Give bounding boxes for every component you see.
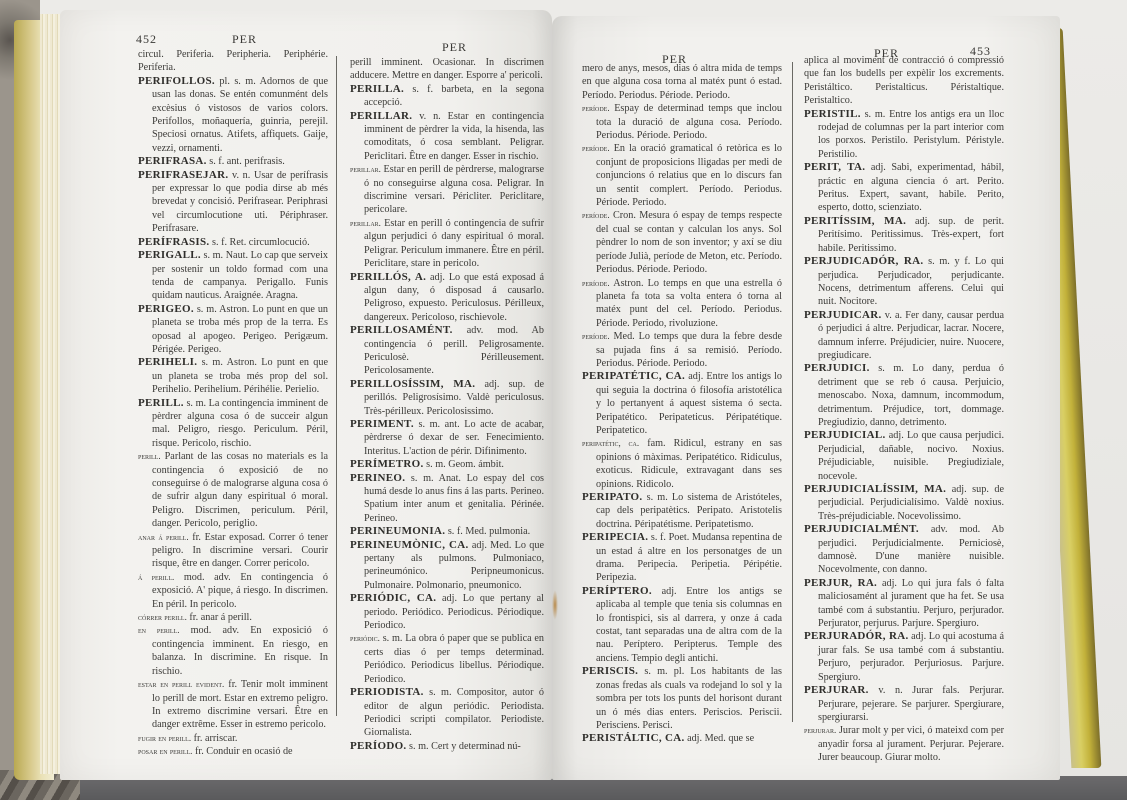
dictionary-entry: PERJURADÓR, RA.adj. Lo qui acostuma á ju… xyxy=(804,630,1004,684)
dictionary-entry: PERINEO.s. m. Anat. Lo espay del cos hum… xyxy=(350,472,544,526)
entry-headword: PERIHELI. xyxy=(138,356,197,368)
entry-subheading: perill. xyxy=(138,451,161,461)
entry-subheading: perillar. xyxy=(350,164,381,174)
dictionary-entry: període.Cron. Mesura ó espay de temps re… xyxy=(582,209,782,276)
entry-definition: s. f. ant. perifrasis. xyxy=(207,156,285,167)
dictionary-entry: PERILLÓS, A.adj. Lo que está exposad á a… xyxy=(350,271,544,325)
entry-headword: PERÍMETRO. xyxy=(350,458,424,470)
entry-headword: PERIÓDIC, CA. xyxy=(350,592,436,604)
entry-headword: PERIGALL. xyxy=(138,249,201,261)
left-page: 452 PER PER circul. Periferia. Peripheri… xyxy=(60,10,552,780)
entry-subheading: estar en perill evident. xyxy=(138,679,224,689)
dictionary-entry: PERIFRASEJAR.v. n. Usar de perífrasis pe… xyxy=(138,169,328,236)
dictionary-entry: PERIPATO.s. m. Lo sistema de Aristóteles… xyxy=(582,491,782,531)
photo-scene: 452 PER PER circul. Periferia. Peripheri… xyxy=(0,0,1127,800)
left-page-column-2: perill imminent. Ocasionar. In discrimen… xyxy=(350,56,544,753)
dictionary-entry: PERJUDICAR.v. a. Fer dany, causar perdua… xyxy=(804,309,1004,363)
entry-subheading: á perill. xyxy=(138,572,174,582)
entry-subheading: en perill. xyxy=(138,625,179,635)
entry-subheading: període. xyxy=(582,103,610,113)
entry-definition: pl. s. m. Adornos de que usan las donas.… xyxy=(152,76,328,154)
entry-headword: PERÍPTERO. xyxy=(582,585,652,597)
dictionary-entry: PERÍPTERO.adj. Entre los antigs se aplic… xyxy=(582,585,782,665)
dictionary-entry: perillar.Estar en perill ó contingencia … xyxy=(350,217,544,271)
entry-definition: adj. Med. que se xyxy=(685,733,755,744)
entry-subheading: període. xyxy=(582,143,610,153)
dictionary-entry: PERJUDICI.s. m. Lo dany, perdua ó detrim… xyxy=(804,362,1004,429)
entry-definition: perill imminent. Ocasionar. In discrimen… xyxy=(350,57,544,81)
dictionary-entry: córrer perill.fr. anar á perill. xyxy=(138,611,328,624)
entry-headword: PERÍODO. xyxy=(350,740,407,752)
entry-subheading: període. xyxy=(582,210,610,220)
entry-headword: PERISCIS. xyxy=(582,665,638,677)
entry-headword: PERJURADÓR, RA. xyxy=(804,630,909,642)
entry-subheading: peripatétic, ca. xyxy=(582,438,639,448)
entry-subheading: posar en perill. xyxy=(138,746,192,756)
entry-definition: mod. adv. En contingencia ó exposició. A… xyxy=(152,572,328,610)
entry-definition: Astron. Lo temps en que una estrella ó p… xyxy=(596,278,782,329)
column-rule xyxy=(336,56,337,716)
dictionary-entry: PERILLAR.v. n. Estar en contingencia imm… xyxy=(350,110,544,164)
dictionary-entry: període.Espay de determinad temps que in… xyxy=(582,102,782,142)
entry-definition: fr. anar á perill. xyxy=(187,612,252,623)
entry-headword: PERIPECIA. xyxy=(582,531,648,543)
dictionary-entry: perillar.Estar en perill de pèrdrerse, m… xyxy=(350,163,544,217)
dictionary-entry: PERIFRASA.s. f. ant. perifrasis. xyxy=(138,155,328,168)
entry-definition: s. m. La obra ó paper que se publica en … xyxy=(364,633,544,684)
entry-headword: PERINEUMÒNIC, CA. xyxy=(350,539,469,551)
dictionary-entry: PERIT, TA.adj. Sabi, experimentad, hábil… xyxy=(804,161,1004,215)
dictionary-entry: perjurar.Jurar molt y per vici, ó mateix… xyxy=(804,724,1004,764)
dictionary-entry: període.Med. Lo temps que dura la febre … xyxy=(582,330,782,370)
entry-definition: s. m. Geom. ámbit. xyxy=(424,459,504,470)
entry-subheading: fugir en perill. xyxy=(138,733,191,743)
dictionary-entry: PERJUDICIAL.adj. Lo que causa perjudici.… xyxy=(804,429,1004,483)
entry-definition: s. f. Med. pulmonia. xyxy=(445,526,530,537)
entry-definition: mod. adv. En exposició ó contingencia im… xyxy=(152,625,328,676)
dictionary-entry: PERIPECIA.s. f. Poet. Mudansa repentina … xyxy=(582,531,782,585)
dictionary-entry: període.En la oració gramatical ó retòri… xyxy=(582,142,782,209)
entry-subheading: córrer perill. xyxy=(138,612,187,622)
entry-definition: Parlant de las cosas no materials es la … xyxy=(152,451,328,529)
entry-definition: circul. Periferia. Peripheria. Periphéri… xyxy=(138,49,328,73)
entry-headword: PERITÍSSIM, MA. xyxy=(804,215,906,227)
entry-headword: PERIFRASEJAR. xyxy=(138,169,228,181)
entry-definition: Med. Lo temps que dura la febre desde sa… xyxy=(596,331,782,369)
dictionary-entry: PERÍFRASIS.s. f. Ret. circumlocució. xyxy=(138,236,328,249)
entry-headword: PERILLOSAMÉNT. xyxy=(350,324,453,336)
entry-definition: En la oració gramatical ó retòrica es lo… xyxy=(596,143,782,208)
dictionary-entry: á perill.mod. adv. En contingencia ó exp… xyxy=(138,571,328,611)
entry-definition: s. f. Ret. circumlocució. xyxy=(209,237,309,248)
entry-headword: PERILL. xyxy=(138,397,184,409)
dictionary-entry: PERJUDICIALMÉNT.adv. mod. Ab perjudici. … xyxy=(804,523,1004,577)
entry-headword: PERJUR, RA. xyxy=(804,577,877,589)
entry-subheading: perillar. xyxy=(350,218,381,228)
entry-headword: PERILLAR. xyxy=(350,110,412,122)
dictionary-entry: estar en perill evident.fr. Tenir molt i… xyxy=(138,678,328,732)
entry-headword: PERÍFRASIS. xyxy=(138,236,209,248)
entry-definition: Cron. Mesura ó espay de temps respecte d… xyxy=(596,210,782,275)
column-rule xyxy=(792,62,793,722)
dictionary-entry: PERIHELI.s. m. Astron. Lo punt en que un… xyxy=(138,356,328,396)
right-page-column-1: mero de anys, mesos, dias ó altra mida d… xyxy=(582,62,782,746)
entry-subheading: anar á perill. xyxy=(138,532,189,542)
dictionary-entry: PERÍMETRO.s. m. Geom. ámbit. xyxy=(350,458,544,471)
page-edges-left xyxy=(40,14,62,774)
dictionary-entry: PERÍODO.s. m. Cert y determinad nú- xyxy=(350,740,544,753)
dictionary-entry: PERIÓDIC, CA.adj. Lo que pertany al peri… xyxy=(350,592,544,632)
entry-headword: PERILLÓS, A. xyxy=(350,271,426,283)
dictionary-entry: en perill.mod. adv. En exposició ó conti… xyxy=(138,624,328,678)
dictionary-entry: circul. Periferia. Peripheria. Periphéri… xyxy=(138,48,328,75)
entry-headword: PERILLA. xyxy=(350,83,404,95)
entry-subheading: periódic. xyxy=(350,633,380,643)
dictionary-entry: PERINEUMÒNIC, CA.adj. Med. Lo que pertan… xyxy=(350,539,544,593)
entry-definition: Estar en perill ó contingencia de sufrir… xyxy=(364,218,544,269)
entry-headword: PERIGEO. xyxy=(138,303,194,315)
entry-headword: PERISTÁLTIC, CA. xyxy=(582,732,685,744)
dictionary-entry: fugir en perill.fr. arriscar. xyxy=(138,732,328,745)
entry-definition: fr. arriscar. xyxy=(191,733,237,744)
entry-headword: PERJUDICIALÍSSIM, MA. xyxy=(804,483,946,495)
entry-definition: Espay de determinad temps que inclou tot… xyxy=(596,103,782,141)
right-page: PER PER 453 mero de anys, mesos, dias ó … xyxy=(552,16,1060,780)
dictionary-entry: PERILLOSAMÉNT.adv. mod. Ab contingencia … xyxy=(350,324,544,378)
entry-headword: PERISTIL. xyxy=(804,108,861,120)
page-number-left: 452 xyxy=(136,32,157,47)
right-page-column-2: aplica al moviment de contracció ó compr… xyxy=(804,54,1004,765)
dictionary-entry: PERISTIL.s. m. Entre los antigs era un l… xyxy=(804,108,1004,162)
entry-definition: fr. Conduir en ocasió de xyxy=(192,746,292,757)
dictionary-entry: aplica al moviment de contracció ó compr… xyxy=(804,54,1004,108)
entry-headword: PERIMENT. xyxy=(350,418,414,430)
dictionary-entry: PERILLA.s. f. barbeta, en la segona acce… xyxy=(350,83,544,110)
entry-definition: s. m. Cert y determinad nú- xyxy=(407,741,521,752)
entry-definition: Jurar molt y per vici, ó mateixd com per… xyxy=(818,725,1004,763)
entry-headword: PERILLOSÍSSIM, MA. xyxy=(350,378,475,390)
entry-definition: mero de anys, mesos, dias ó altra mida d… xyxy=(582,63,782,101)
entry-headword: PERIFOLLOS. xyxy=(138,75,215,87)
dictionary-entry: PERIODISTA.s. m. Compositor, autor ó edi… xyxy=(350,686,544,740)
entry-headword: PERINEUMONIA. xyxy=(350,525,445,537)
entry-subheading: període. xyxy=(582,278,610,288)
dictionary-entry: periódic.s. m. La obra ó paper que se pu… xyxy=(350,632,544,686)
entry-headword: PERJUDICADÓR, RA. xyxy=(804,255,923,267)
dictionary-entry: mero de anys, mesos, dias ó altra mida d… xyxy=(582,62,782,102)
entry-definition: Estar en perill de pèrdrerse, malograrse… xyxy=(364,164,544,215)
entry-headword: PERIPATO. xyxy=(582,491,642,503)
dictionary-entry: PERISCIS.s. m. pl. Los habitants de las … xyxy=(582,665,782,732)
entry-headword: PERIT, TA. xyxy=(804,161,865,173)
entry-headword: PERJURAR. xyxy=(804,684,869,696)
dictionary-entry: PERIMENT.s. m. ant. Lo acte de acabar, p… xyxy=(350,418,544,458)
dictionary-entry: peripatétic, ca.fam. Ridicul, estrany en… xyxy=(582,437,782,491)
dictionary-entry: posar en perill.fr. Conduir en ocasió de xyxy=(138,745,328,758)
dictionary-entry: PERILL.s. m. La contingencia imminent de… xyxy=(138,397,328,451)
entry-subheading: període. xyxy=(582,331,610,341)
dictionary-entry: PERISTÁLTIC, CA.adj. Med. que se xyxy=(582,732,782,745)
dictionary-entry: període.Astron. Lo temps en que una estr… xyxy=(582,277,782,331)
entry-headword: PERJUDICIALMÉNT. xyxy=(804,523,919,535)
dictionary-entry: PERIPATÉTIC, CA.adj. Entre los antigs lo… xyxy=(582,370,782,437)
dictionary-entry: PERJUDICIALÍSSIM, MA.adj. sup. de perjud… xyxy=(804,483,1004,523)
dictionary-entry: perill.Parlant de las cosas no materials… xyxy=(138,450,328,530)
dictionary-entry: PERJUDICADÓR, RA.s. m. y f. Lo qui perju… xyxy=(804,255,1004,309)
entry-headword: PERJUDICAR. xyxy=(804,309,882,321)
dictionary-entry: PERIGEO.s. m. Astron. Lo punt en que un … xyxy=(138,303,328,357)
entry-definition: adj. Entre los antigs se aplicaba al tem… xyxy=(596,586,782,664)
entry-headword: PERIPATÉTIC, CA. xyxy=(582,370,685,382)
running-head-left-col1: PER xyxy=(232,32,257,47)
dictionary-entry: PERIGALL.s. m. Naut. Lo cap que serveix … xyxy=(138,249,328,303)
running-head-left-col2: PER xyxy=(442,40,467,55)
entry-definition: aplica al moviment de contracció ó compr… xyxy=(804,55,1004,106)
dictionary-entry: anar á perill.fr. Estar exposad. Correr … xyxy=(138,531,328,571)
dictionary-entry: PERITÍSSIM, MA.adj. sup. de perit. Perit… xyxy=(804,215,1004,255)
entry-headword: PERIODISTA. xyxy=(350,686,424,698)
dictionary-entry: PERILLOSÍSSIM, MA.adj. sup. de perillós.… xyxy=(350,378,544,418)
entry-subheading: perjurar. xyxy=(804,725,836,735)
entry-headword: PERIFRASA. xyxy=(138,155,207,167)
left-page-column-1: circul. Periferia. Peripheria. Periphéri… xyxy=(138,48,328,759)
dictionary-entry: PERINEUMONIA.s. f. Med. pulmonia. xyxy=(350,525,544,538)
dictionary-entry: PERIFOLLOS.pl. s. m. Adornos de que usan… xyxy=(138,75,328,155)
entry-headword: PERJUDICI. xyxy=(804,362,870,374)
dictionary-entry: PERJURAR.v. n. Jurar fals. Perjurar. Per… xyxy=(804,684,1004,724)
dictionary-entry: PERJUR, RA.adj. Lo qui jura fals ó falta… xyxy=(804,577,1004,631)
entry-headword: PERJUDICIAL. xyxy=(804,429,886,441)
dictionary-entry: perill imminent. Ocasionar. In discrimen… xyxy=(350,56,544,83)
entry-headword: PERINEO. xyxy=(350,472,405,484)
foxing-stain xyxy=(552,590,558,620)
